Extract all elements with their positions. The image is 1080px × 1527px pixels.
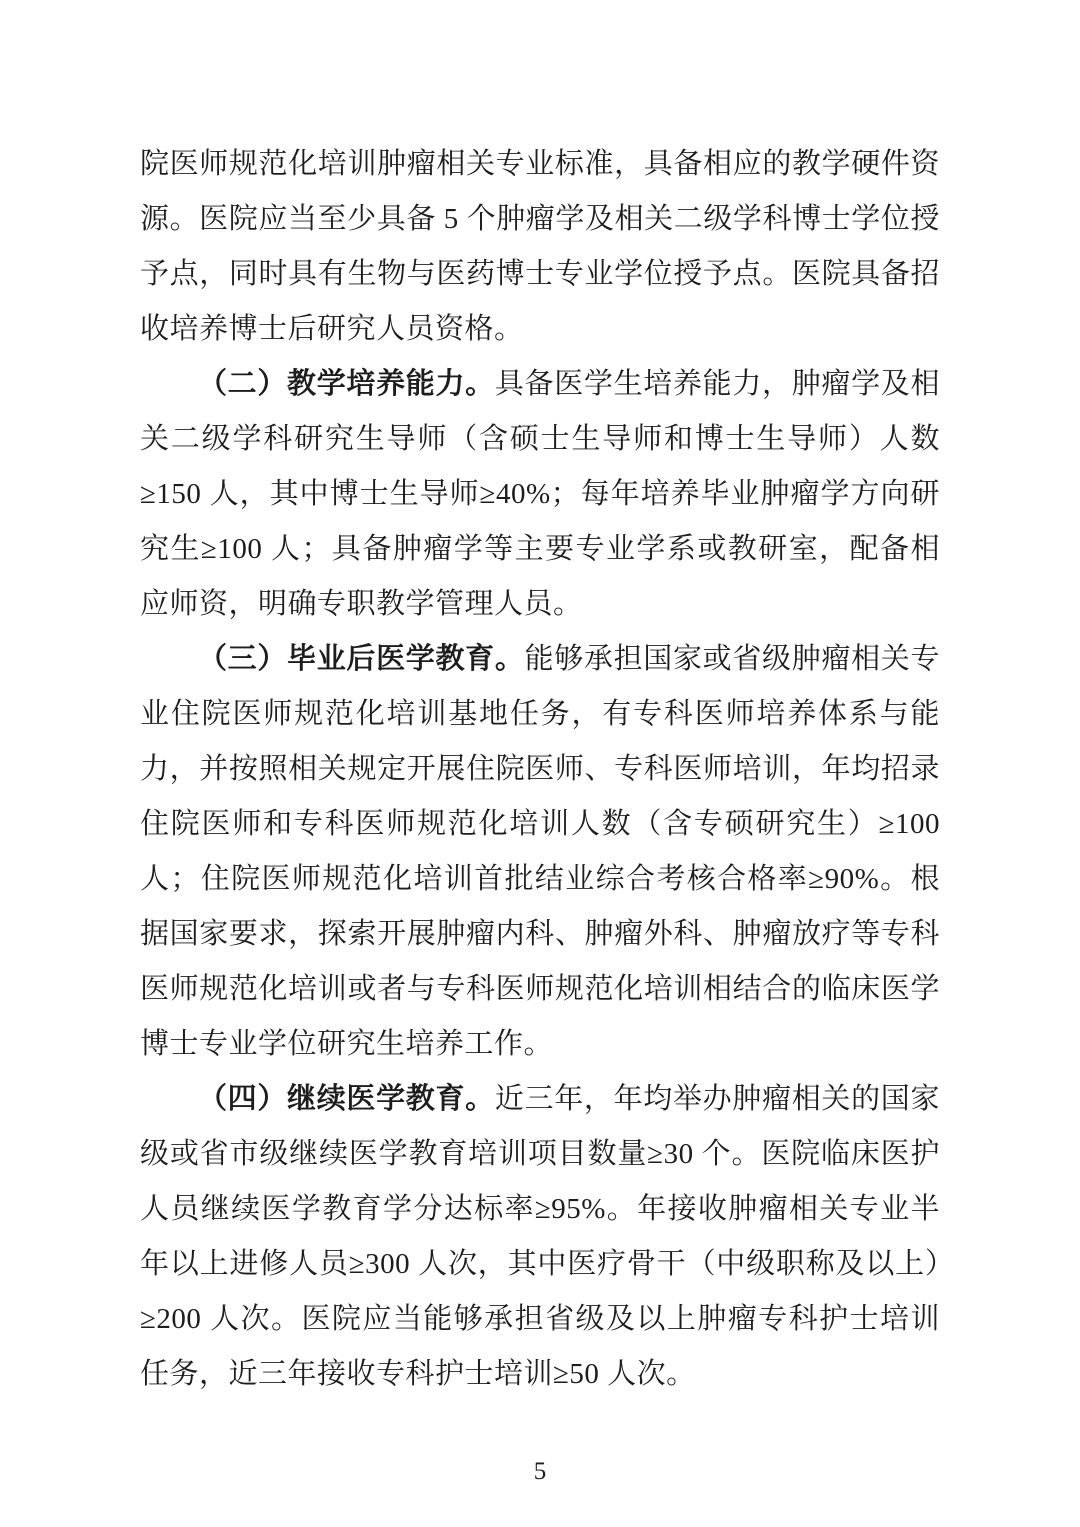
section-heading: （三）毕业后医学教育。 [198, 643, 525, 675]
paragraph-text: 能够承担国家或省级肿瘤相关专业住院医师规范化培训基地任务，有专科医师培养体系与能… [140, 643, 940, 1060]
paragraph: （四）继续医学教育。近三年，年均举办肿瘤相关的国家级或省市级继续医学教育培训项目… [140, 1072, 940, 1402]
document-page: 院医师规范化培训肿瘤相关专业标准，具备相应的教学硬件资源。医院应当至少具备 5 … [0, 0, 1080, 1527]
paragraph-text: 近三年，年均举办肿瘤相关的国家级或省市级继续医学教育培训项目数量≥30 个。医院… [140, 1083, 940, 1390]
paragraph: 院医师规范化培训肿瘤相关专业标准，具备相应的教学硬件资源。医院应当至少具备 5 … [140, 137, 940, 357]
paragraph: （二）教学培养能力。具备医学生培养能力，肿瘤学及相关二级学科研究生导师（含硕士生… [140, 357, 940, 632]
paragraph-text: 院医师规范化培训肿瘤相关专业标准，具备相应的教学硬件资源。医院应当至少具备 5 … [140, 148, 940, 345]
section-heading: （四）继续医学教育。 [198, 1083, 495, 1115]
page-number: 5 [0, 1452, 1080, 1492]
section-heading: （二）教学培养能力。 [198, 368, 495, 400]
document-body: 院医师规范化培训肿瘤相关专业标准，具备相应的教学硬件资源。医院应当至少具备 5 … [140, 137, 940, 1402]
paragraph-text: 具备医学生培养能力，肿瘤学及相关二级学科研究生导师（含硕士生导师和博士生导师）人… [140, 368, 940, 620]
paragraph: （三）毕业后医学教育。能够承担国家或省级肿瘤相关专业住院医师规范化培训基地任务，… [140, 632, 940, 1072]
